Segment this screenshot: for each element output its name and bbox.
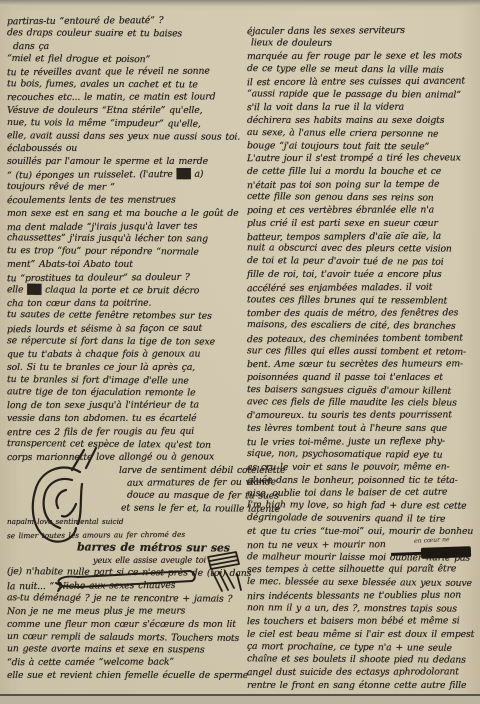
text-line: tu es trop “fou” pour répondre “normale [7,245,245,260]
text-line: Non je ne me meus plus je me meurs [7,605,245,619]
text-line: déchirera ses habits mains au sexe doigt… [247,115,477,128]
text-line: et sens le fer et, la rouille latente [121,503,245,517]
text-line: s'il la voit dans la rue il la videra [247,101,477,115]
text-line: Vésuve de douleurs “Etna stérile” qu'ell… [7,105,245,118]
text-line: le ciel est beau même si l'air est doux … [247,629,477,642]
text-line: des draps couleur suaire et tu baises [7,27,245,41]
right-text-column: éjaculer dans les sexes serviteurslieux … [247,25,477,693]
text-line: de toi et la peur d'avoir tué de ne pas … [247,255,477,270]
text-line: plus crié il est parti sexe en sueur cœu… [247,218,477,231]
text-line: écoulements lents de tes menstrues [7,194,245,208]
text-line: que tu t'abats à chaque fois à genoux au [7,348,245,362]
text-line: elle ██ claqua la porte et ce bruit décr… [7,284,245,298]
text-line: larve de sentiment débil cotelelette [119,465,245,478]
text-line: gluée dans le bonheur, poisonned tic te … [247,475,477,488]
text-line: comme une fleur mon cœur s'écœure ds mon… [7,619,245,632]
banner-arrow-sketch-icon [48,565,198,597]
text-line: sol. Si tu te branles ce jour là après ç… [7,362,245,375]
text-line: d'amoureux. tu souris tes dents pourriss… [247,410,477,424]
paper-top-edge [0,0,480,6]
text-line: poisonnées quand il passe toi t'enlaces … [247,372,477,385]
text-line: non nm il y a un, des ?, monstres tapis … [247,602,477,616]
text-line: “dis à cette camée “welcome back” [7,656,245,670]
paper-bottom-edge [0,696,480,704]
text-line: elle sue et revient chien femelle écuell… [7,670,245,683]
text-line: lieux de douleurs [251,37,477,51]
text-line: ment” Abats-toi Abato tout [7,259,245,272]
black-redaction-mark-icon [421,546,471,559]
text-line: angel dust suicide des ectasys aphrodolo… [247,666,477,680]
text-line: as cru le voir et sans le pouvoir, même … [247,461,477,475]
text-line: toutes ces filles brunes qui te ressembl… [247,294,477,308]
text-line: poing et ces vertèbres ébranlée elle n'a [247,204,477,218]
text-line: long de ton sexe jusqu'à l'intérieur de … [7,400,245,414]
text-line: les touchers et baisers mon bébé et même… [247,615,477,629]
text-line: recouches etc... le matin, ce matin est … [7,91,245,105]
text-line: fille de roi, toi, t'avoir tuée a encore… [247,269,477,282]
text-line: tes lèvres tombent tout à l'heure sans q… [247,423,477,436]
text-line: dans ça [13,40,245,54]
text-line: douce au masque de fer tu sues [127,490,245,504]
text-line: mon sexe est en sang et ma bouche a le g… [7,208,245,221]
manuscript-page: partiras-tu “entouré de beauté” ?des dra… [0,0,480,704]
text-line: nue, tu vois la même “impudeur” qu'elle, [7,117,245,132]
text-line: rentre le front en sang étonne cette aut… [247,680,477,693]
text-line: dégringolade de souvenirs quand il te ti… [247,512,477,527]
hatched-box-sketch-icon [206,550,244,598]
text-line: de cette fille lui a mordu la bouche et … [247,166,477,179]
text-line: bent. Ame sœur tu secrètes des humeurs e… [247,358,477,372]
text-line: L'autre jour il s'est trompé a tiré les … [247,153,477,167]
text-line: au sexe, à l'anus elle criera personne n… [247,127,477,142]
text-line: éclaboussés ou [7,143,245,157]
text-line: vessie dans ton abdomen. tu es écartelé [7,413,245,426]
curled-figure-sketch-icon [22,444,118,550]
text-line: souillés par l'amour le sperme et la mer… [7,156,245,169]
text-line: marquée au fer rouge par le sexe et les … [247,50,477,64]
